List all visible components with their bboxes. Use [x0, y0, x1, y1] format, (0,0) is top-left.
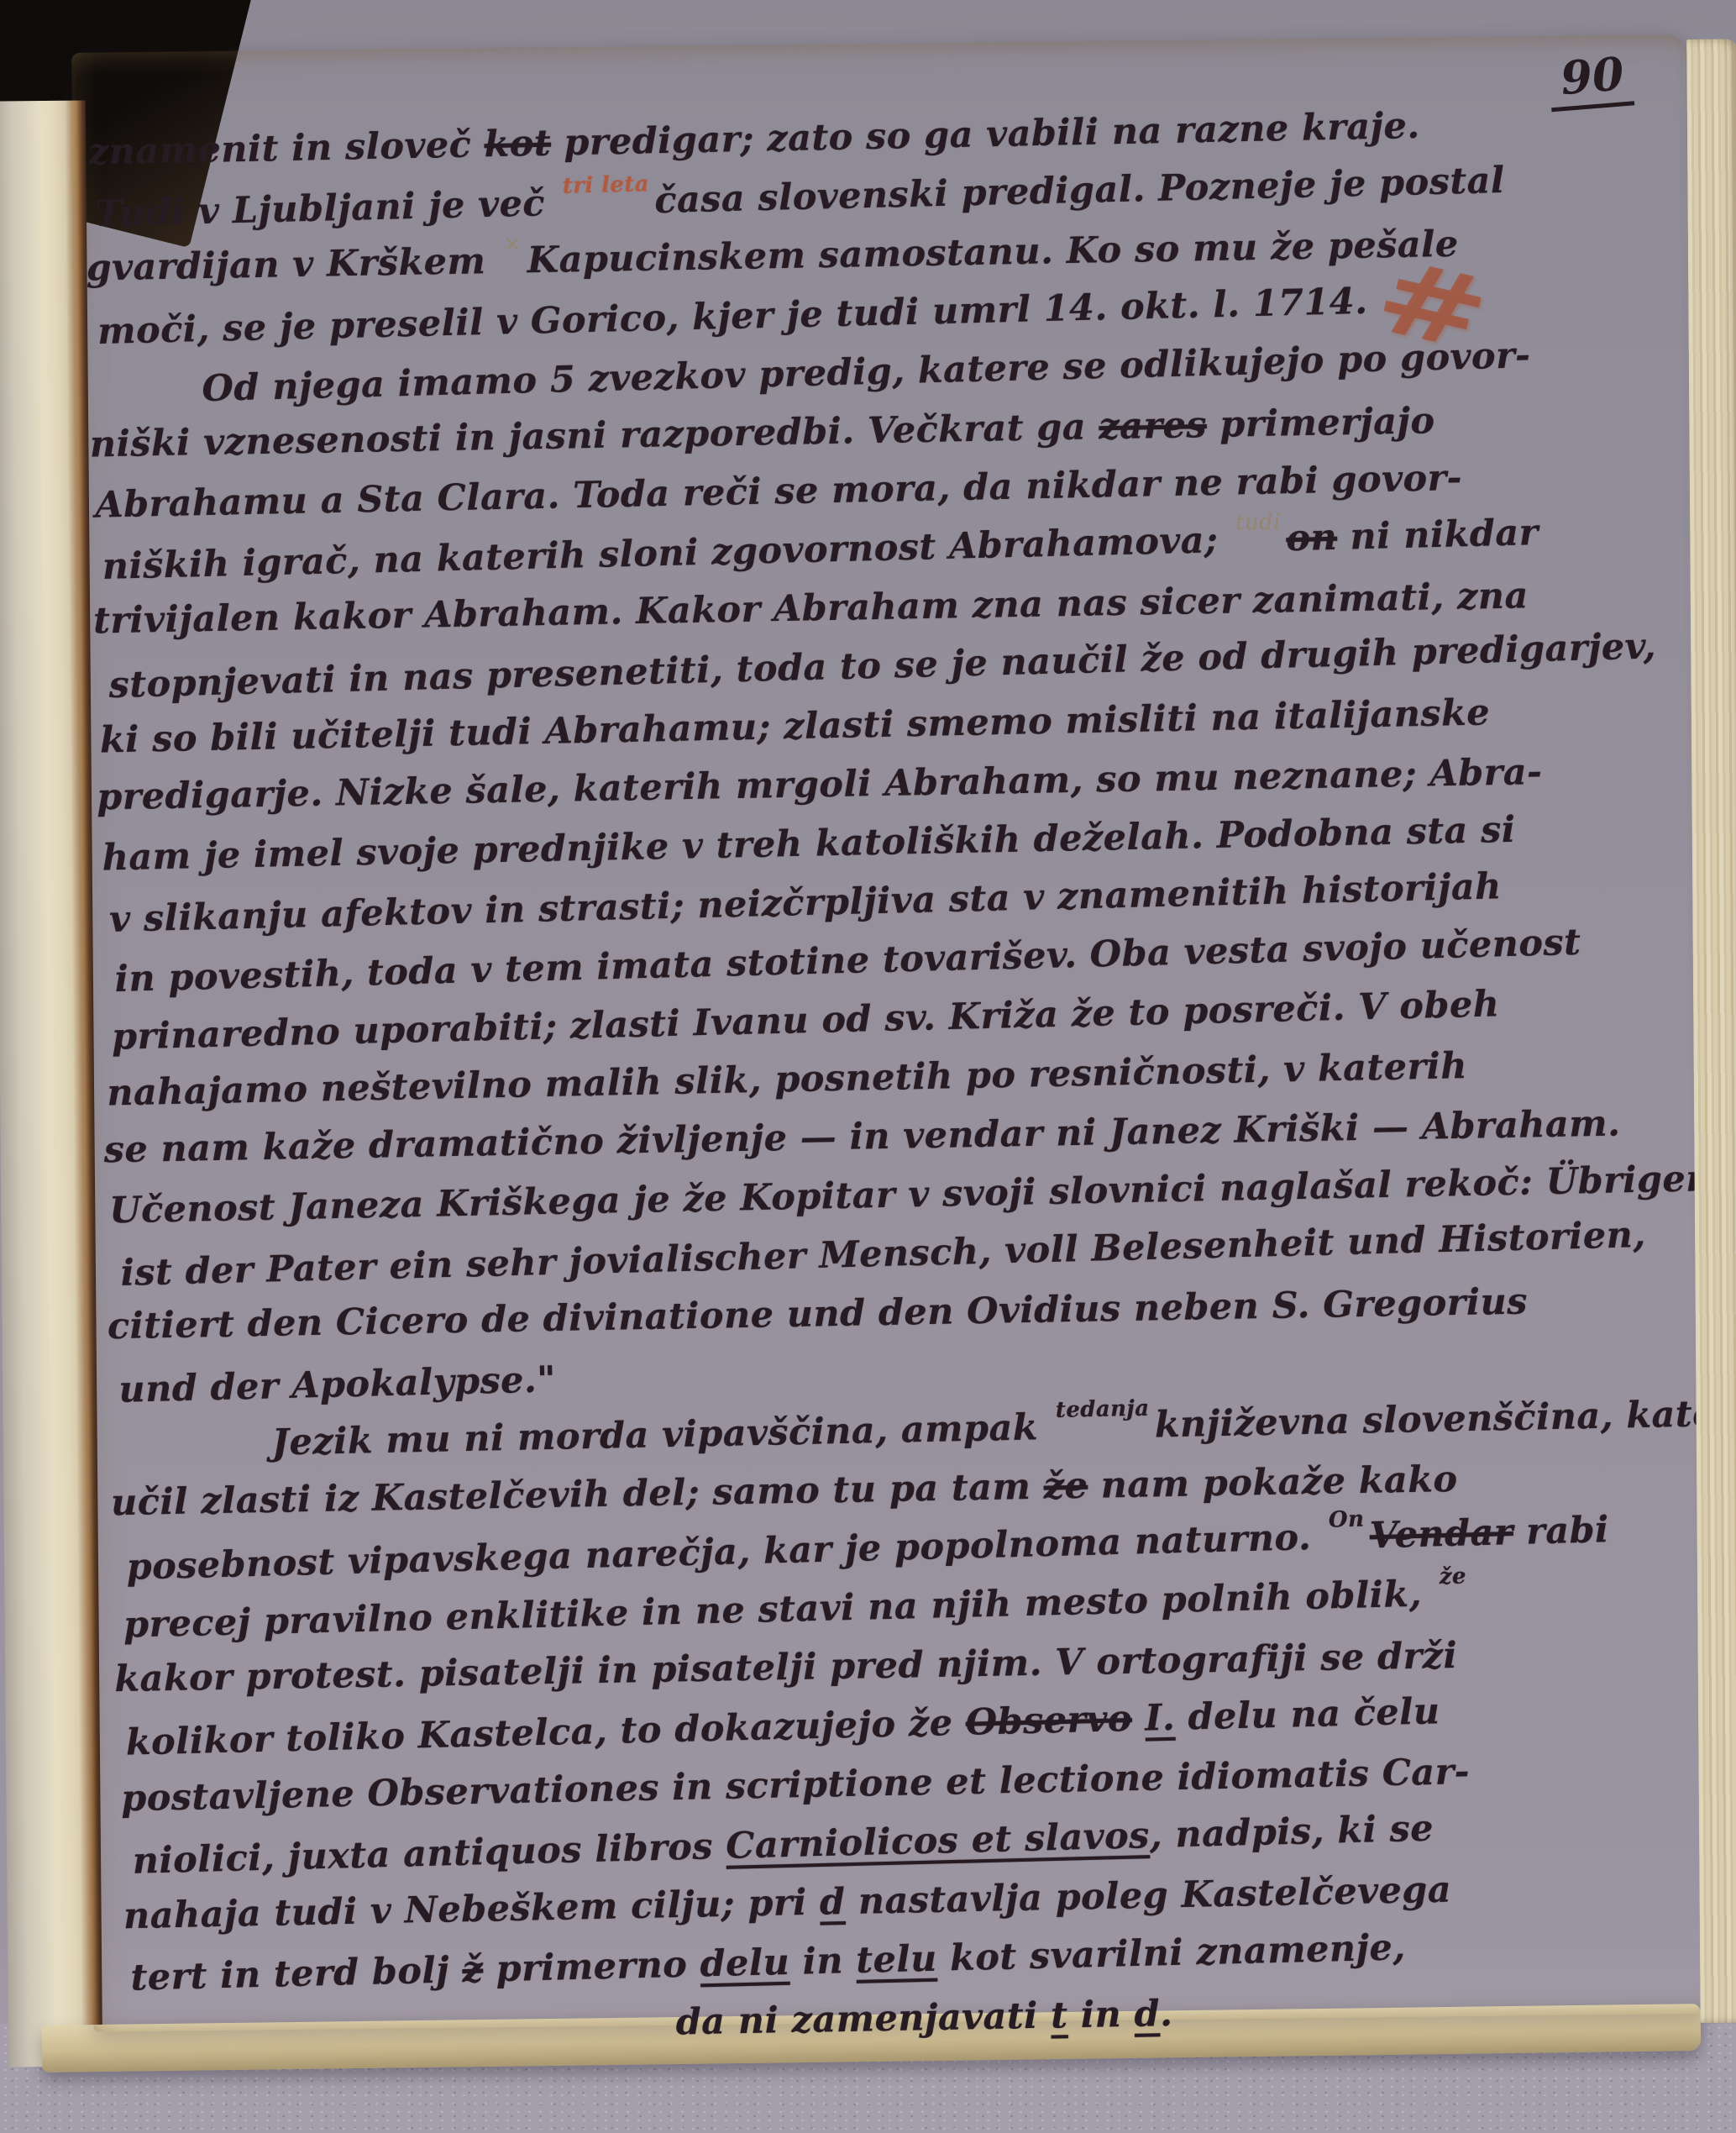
text-segment: primerno	[483, 1943, 701, 1990]
text-segment: in	[1067, 1994, 1135, 2036]
annotation-u: t	[1051, 1994, 1068, 2036]
annotation-sup_ink: že	[1440, 1576, 1466, 1577]
text-segment: primerjajo	[1206, 400, 1434, 446]
annotation-strike: on	[1286, 517, 1338, 560]
text-segment: .	[1160, 1993, 1173, 2035]
annotation-mark_red: #	[1378, 294, 1486, 318]
text-segment: kot svarilni znamenje,	[936, 1926, 1406, 1979]
annotation-strike: že	[1043, 1465, 1088, 1508]
text-segment: niški vznesenosti in jasni razporedbi. V…	[89, 406, 1099, 465]
annotation-u: d	[820, 1881, 846, 1924]
annotation-u: telu	[856, 1938, 938, 1982]
text-segment: und der Apokalypse."	[118, 1358, 557, 1411]
annotation-strike: Observo	[965, 1698, 1132, 1744]
text-segment: ni nikdar	[1336, 512, 1539, 559]
text-segment: Jezik mu ni morda vipavščina, ampak	[271, 1406, 1052, 1464]
text-segment: , nadpis, ki se	[1149, 1808, 1434, 1857]
annotation-u: I.	[1145, 1697, 1176, 1740]
text-segment: nastavlja poleg Kastelčevega	[845, 1869, 1451, 1923]
text-segment: rabi	[1513, 1509, 1609, 1553]
annotation-strike: zares	[1099, 404, 1207, 448]
text-segment: učil zlasti iz Kastelčevih del; samo tu …	[111, 1466, 1044, 1525]
annotation-sup_ink: tedanja	[1056, 1409, 1150, 1411]
text-segment: niolici, juxta antiquos libros	[132, 1826, 726, 1883]
annotation-sup_ink: On	[1329, 1520, 1364, 1521]
annotation-strike: Vendar	[1369, 1511, 1513, 1557]
manuscript-photo: 90 znamenit in sloveč kot predigar; zato…	[0, 0, 1736, 2133]
text-segment: predigar; zato so ga vabili na razne kra…	[551, 105, 1421, 165]
annotation-u: Carniolicos et slavos	[726, 1815, 1151, 1868]
text-segment: da ni zamenjavati	[675, 1995, 1051, 2044]
annotation-u: delu	[700, 1941, 790, 1986]
annotation-strike: ž	[462, 1949, 484, 1992]
manuscript-page: 90 znamenit in sloveč kot predigar; zato…	[71, 34, 1708, 2032]
text-segment: Tudi v Ljubljani je več	[95, 182, 559, 235]
text-segment: Kapucinskem samostanu. Ko so mu že pešal…	[527, 223, 1459, 282]
annotation-u: d	[1134, 1993, 1160, 2036]
annotation-sup_red: tri leta	[563, 184, 649, 186]
text-segment: književna slovenščina, katere se je	[1154, 1390, 1736, 1447]
manuscript-text: znamenit in sloveč kot predigar; zato so…	[87, 94, 1657, 2021]
annotation-sup_pencil: tudi	[1235, 522, 1281, 523]
annotation-strike: kot	[484, 123, 552, 166]
text-segment: nam pokaže kako	[1088, 1458, 1458, 1507]
text-segment: tert in terd bolj	[130, 1949, 463, 1999]
text-segment: znamenit in sloveč	[87, 123, 485, 173]
text-segment	[1131, 1698, 1146, 1740]
text-segment: in	[789, 1940, 857, 1983]
text-segment: gvardijan v Krškem	[86, 240, 499, 290]
text-segment: kolikor toliko Kastelca, to dokazujejo ž…	[125, 1702, 966, 1764]
text-segment: delu na čelu	[1175, 1690, 1441, 1739]
